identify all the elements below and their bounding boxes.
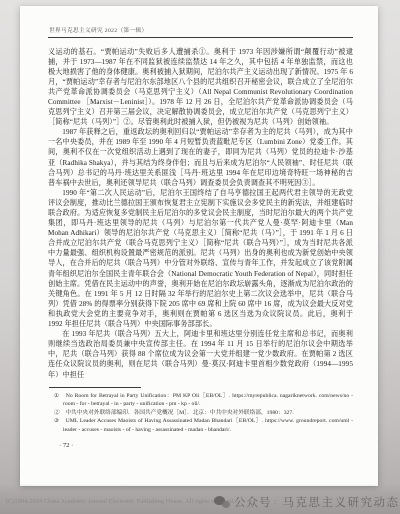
wechat-account-name: 马克思主义研究动态 bbox=[283, 494, 400, 510]
wechat-watermark: 公众号 ： 马克思主义研究动态 bbox=[214, 494, 400, 510]
running-header: 世界马克思主义研究 2022（第一辑） bbox=[49, 26, 353, 34]
wechat-separator: ： bbox=[274, 497, 281, 507]
wechat-bubble-small bbox=[222, 501, 230, 508]
body-paragraph: 义运动的基石。“贾帕运动”失败后多人遭捕杀①。奥利于 1973 年因涉嫌所谓“颠… bbox=[48, 47, 353, 128]
wechat-label: 公众号 bbox=[234, 494, 272, 510]
header-rule bbox=[48, 37, 353, 38]
wechat-icon bbox=[214, 495, 231, 510]
screenshot-background: 世界马克思主义研究 2022（第一辑） 义运动的基石。“贾帕运动”失败后多人遭捕… bbox=[0, 0, 400, 514]
footnote-item: ② 中共中央对外联络部编印．各国共产党概况［M］．北京：中共中央对外联络部，19… bbox=[48, 409, 353, 418]
body-paragraph: 在 1993 年尼共（联合马列）五大上，阿迪卡里和班达里分别连任党主席和总书记，… bbox=[48, 329, 353, 379]
footnote-item: ① No Room for Betrayal in Party Unificat… bbox=[48, 392, 353, 409]
footnote-divider bbox=[49, 387, 141, 388]
scan-page: 世界马克思主义研究 2022（第一辑） 义运动的基石。“贾帕运动”失败后多人遭捕… bbox=[20, 6, 378, 486]
copyright-notice: (C)1994-2024 China Academic Journal Elec… bbox=[6, 498, 235, 505]
page-number: · 72 · bbox=[59, 442, 353, 449]
article-body: 义运动的基石。“贾帕运动”失败后多人遭捕杀①。奥利于 1973 年因涉嫌所谓“颠… bbox=[48, 47, 353, 380]
body-paragraph: 1987 年获释之后，重返政坛的奥利回归以“贾帕运动”幸存者为主的尼共（马列），… bbox=[48, 127, 353, 188]
body-paragraph: 1990 年“第二次人民运动”后，尼泊尔王国终结了自马亨德拉国王起两代君主领导的… bbox=[48, 188, 353, 329]
footnotes-block: ① No Room for Betrayal in Party Unificat… bbox=[48, 392, 353, 435]
footnote-item: ③ UML Leader Accuses Maoists of Having A… bbox=[48, 417, 353, 434]
